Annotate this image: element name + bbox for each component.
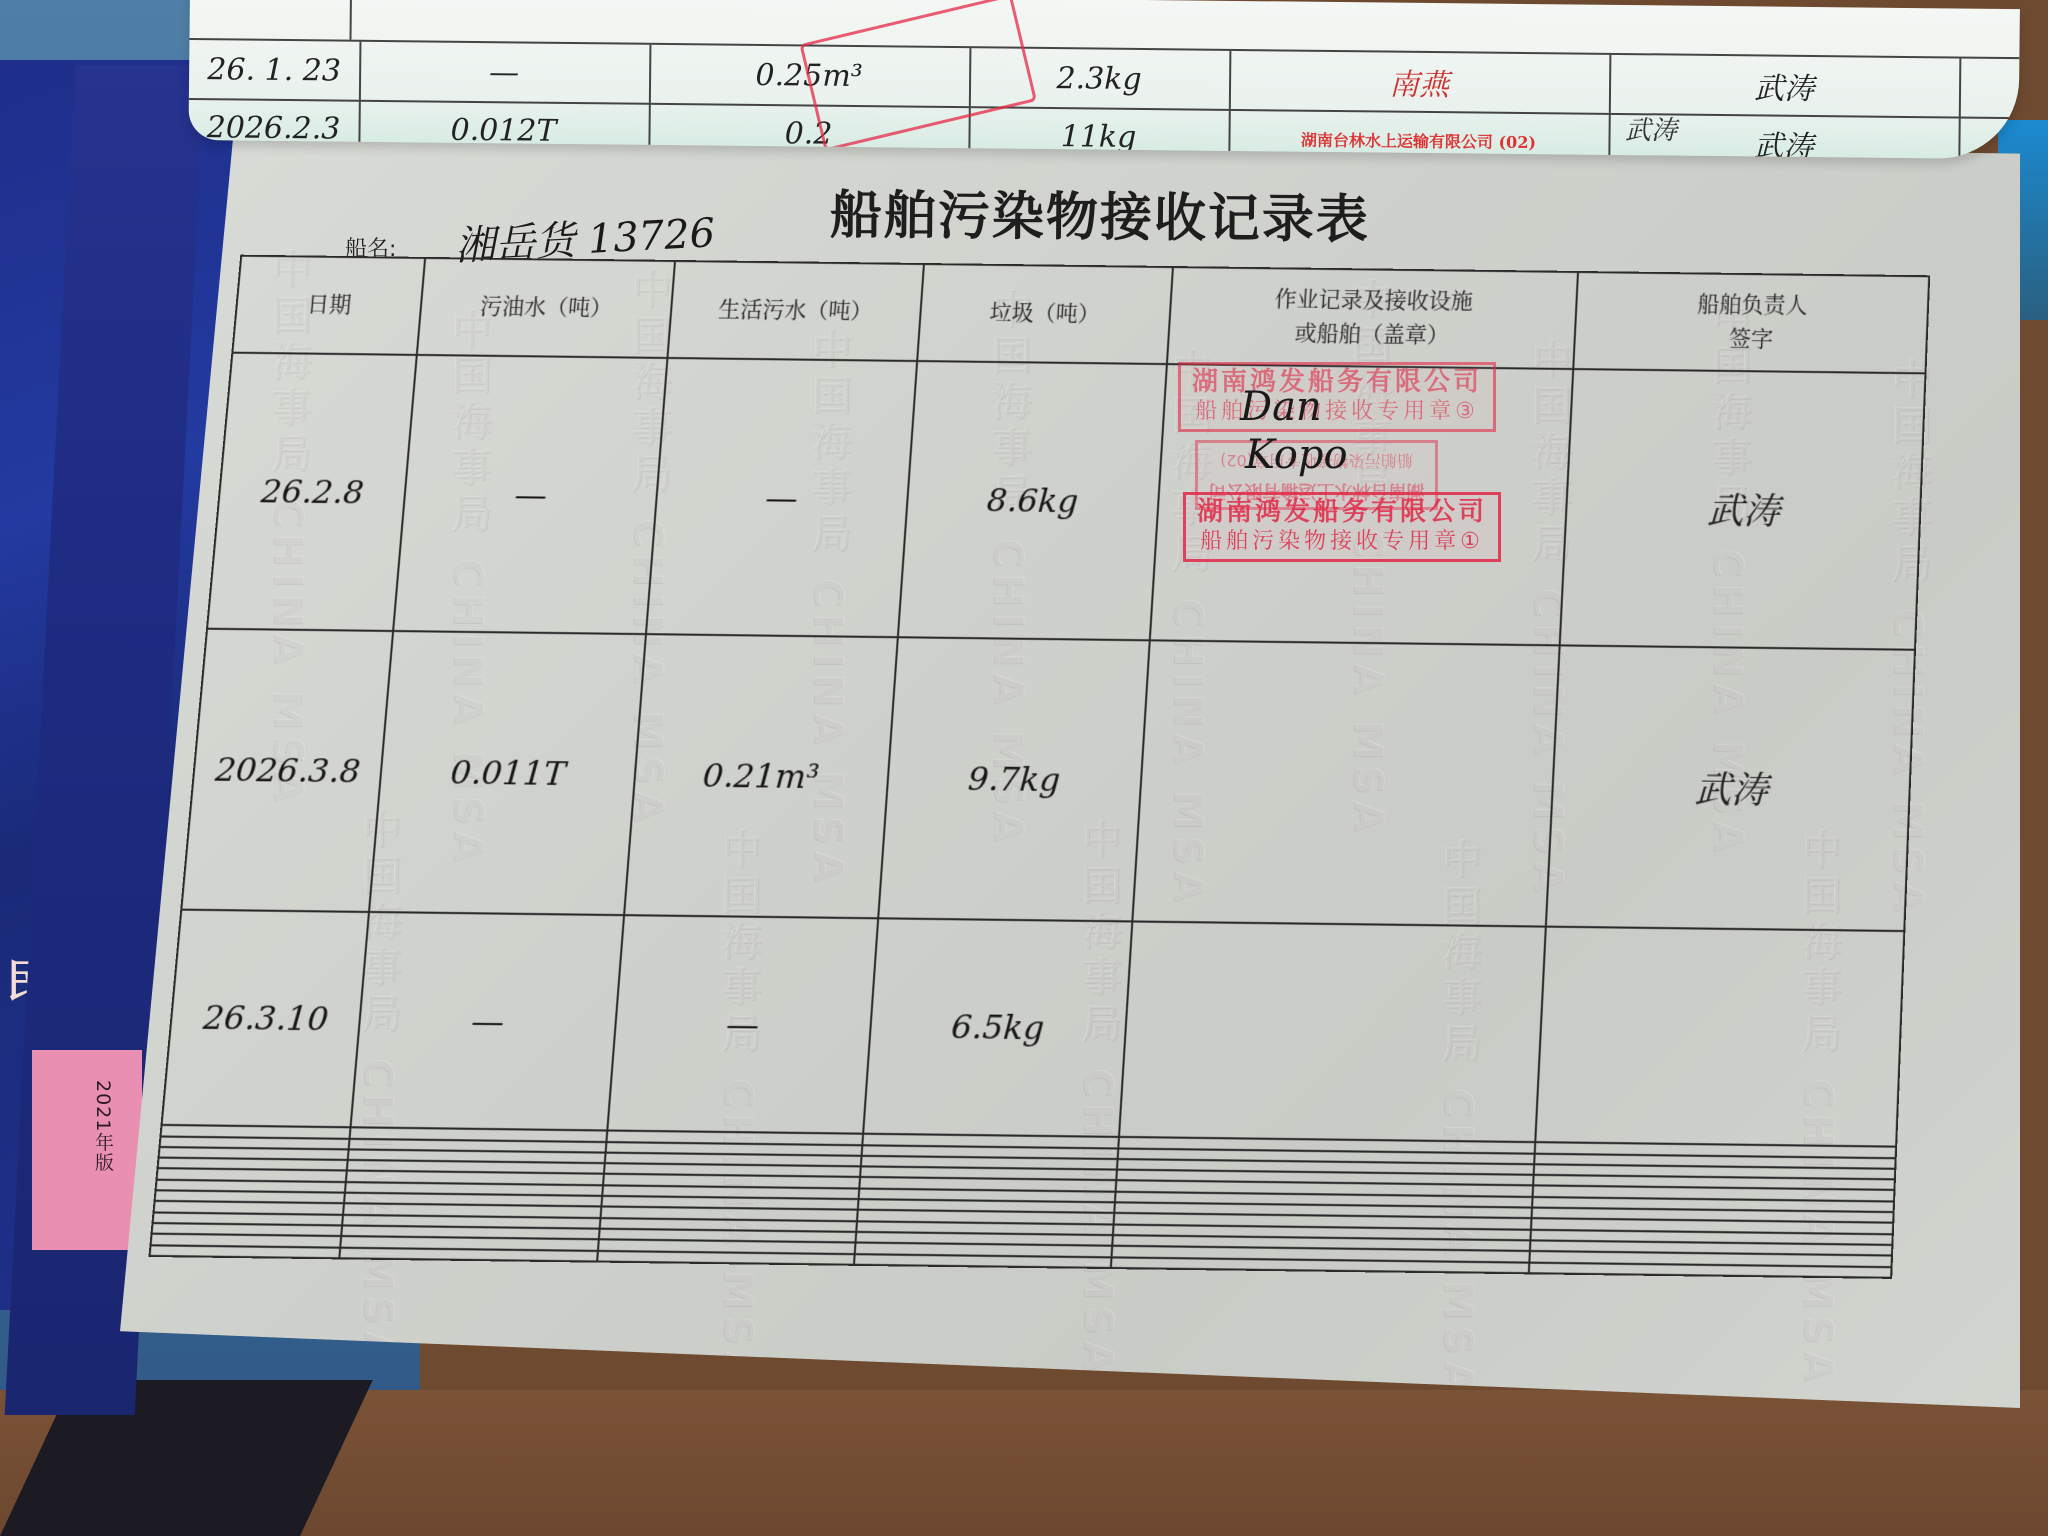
cell-garbage: 6.5kg [863, 918, 1132, 1137]
column-header-operation: 作业记录及接收设施 或船舶（盖章） [1167, 267, 1579, 369]
pollutant-record-table: 日期 污油水（吨） 生活污水（吨） 垃圾（吨） 作业记录及接收设施 或船舶（盖章… [148, 255, 1930, 1279]
date-value: 2026.3.8 [214, 749, 362, 790]
book-edition-label: 2021年版 [90, 1080, 117, 1172]
cell-oily-water: — [394, 355, 667, 634]
date-value: 26.2.8 [260, 471, 366, 511]
cell-sewage: — [645, 358, 916, 637]
company-stamp-3: 湖南鸿发船务有限公司 船舶污染物接收专用章③ [1178, 362, 1496, 432]
signer-header-line1: 船舶负责人 [1697, 292, 1808, 318]
prev-cell-signature: 武涛 [1609, 55, 1962, 117]
table-row: 26.2.8 — — 8.6kg 武涛 [207, 353, 1925, 650]
column-header-garbage: 垃圾（吨） [917, 264, 1173, 364]
book-spine-label-band: 2021年版 [32, 1050, 142, 1250]
oily-water-value: — [470, 1001, 506, 1041]
stamp-signature: Dan [1240, 384, 1322, 430]
prev-cell [299, 0, 352, 40]
cell-garbage [854, 1254, 1112, 1268]
cell-signature: 武涛 [1546, 645, 1915, 931]
prev-page-extra-signature: 武涛 [1625, 110, 1677, 147]
stamp-purpose: 船舶污染物接收专用章③ [1187, 397, 1487, 427]
stamp-company-name: 湖南鸿发船务有限公司 [1187, 367, 1487, 397]
cell-sewage [597, 1250, 855, 1264]
signature-value: 武涛 [1706, 491, 1780, 533]
company-stamp-1: 湖南鸿发船务有限公司 船舶污染物接收专用章① [1183, 492, 1501, 562]
cell-garbage: 8.6kg [897, 361, 1166, 640]
cell-oily-water [340, 1247, 598, 1261]
operation-header-line2: 或船舶（盖章） [1294, 321, 1450, 348]
sewage-value: 0.21m³ [701, 755, 820, 796]
prev-cell-date: 26. 1. 23 [189, 40, 362, 100]
document-title: 船舶污染物接收记录表 [830, 173, 1371, 253]
cell-date: 2026.3.8 [181, 629, 393, 912]
cell-sewage: — [607, 915, 878, 1134]
date-value: 26.3.10 [202, 998, 331, 1039]
stamp-purpose: 船舶污染物接收专用章① [1192, 527, 1492, 557]
oily-water-value: 0.011T [449, 752, 567, 793]
garbage-value: 9.7kg [967, 759, 1062, 799]
cell-oily-water: — [351, 912, 624, 1131]
stamp-signature: Kopo [1245, 432, 1348, 478]
garbage-value: 6.5kg [950, 1007, 1046, 1048]
column-header-signer: 船舶负责人 签字 [1574, 272, 1929, 373]
signer-header-line2: 签字 [1728, 326, 1773, 352]
record-table-container: 日期 污油水（吨） 生活污水（吨） 垃圾（吨） 作业记录及接收设施 或船舶（盖章… [148, 255, 1930, 1279]
cell-sewage: 0.21m³ [624, 634, 898, 918]
cell-garbage: 9.7kg [878, 637, 1150, 921]
cell-operation [1132, 640, 1560, 926]
garbage-value: 8.6kg [986, 480, 1080, 520]
table-row: 26.3.10 — — 6.5kg [162, 910, 1905, 1147]
column-header-date: 日期 [232, 256, 425, 355]
sewage-value: — [764, 478, 799, 517]
stamp-company-name: 湖南鸿发船务有限公司 [1192, 497, 1492, 527]
cell-signature: 武涛 [1560, 369, 1925, 650]
column-header-sewage: 生活污水（吨） [667, 261, 924, 361]
cell-date: 26.3.10 [162, 910, 370, 1128]
cell-date: 26.2.8 [207, 353, 417, 631]
cell-operation [1119, 922, 1547, 1143]
prev-cell-oily-water: — [359, 42, 652, 103]
previous-page: 26. 1. 23 — 0.25m³ 2.3kg 南燕 武涛 2026.2.3 … [188, 0, 2019, 159]
sewage-value: — [725, 1004, 761, 1044]
table-row: 2026.3.8 0.011T 0.21m³ 9.7kg 武涛 [181, 629, 1915, 931]
operation-header-line1: 作业记录及接收设施 [1274, 287, 1474, 314]
column-header-oily-water: 污油水（吨） [417, 258, 674, 358]
cell-signature [1536, 927, 1905, 1147]
cell-date [150, 1245, 341, 1258]
signature-value: 武涛 [1694, 769, 1769, 812]
oily-water-value: — [513, 475, 548, 514]
prev-cell-operation: 南燕 [1229, 51, 1612, 113]
cell-oily-water: 0.011T [369, 631, 645, 915]
